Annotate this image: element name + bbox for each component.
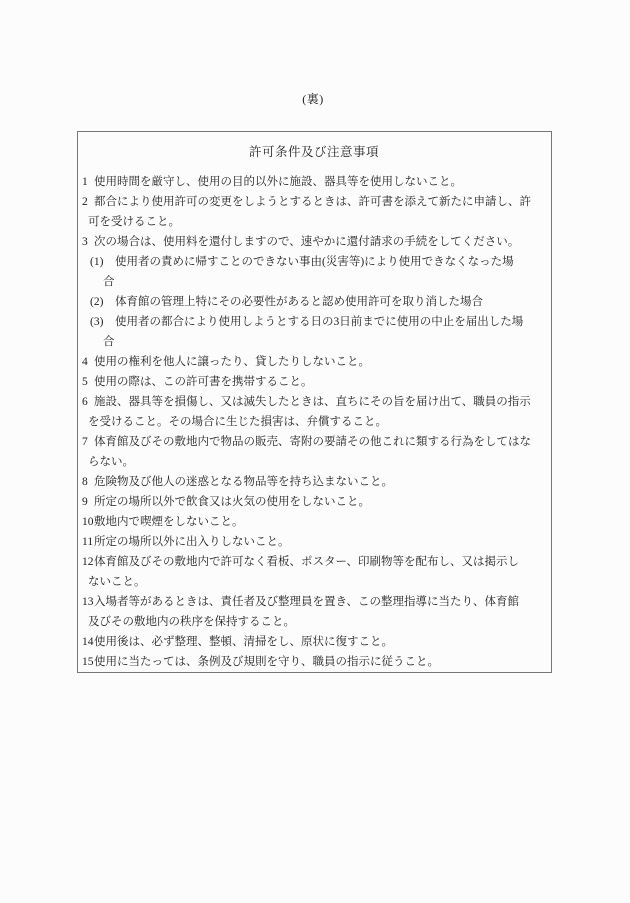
item-number: 14 (82, 632, 94, 652)
item-text: 使用後は、必ず整理、整頓、清掃をし、原状に復すこと。 (94, 636, 393, 648)
item-text: 所定の場所以外で飲食又は火気の使用をしないこと。 (94, 496, 370, 508)
condition-subitem-(1): (1)使用者の責めに帰すことのできない事由(災害等)により使用できなくなった場 … (82, 252, 546, 292)
item-number: 15 (82, 652, 94, 672)
condition-item-7: 7体育館及びその敷地内で物品の販売、寄附の要請その他これに類する行為をしてはな … (82, 432, 546, 472)
condition-item-2: 2都合により使用許可の変更をしようとするときは、許可書を添えて新たに申請し、許 … (82, 192, 546, 232)
item-number: (2) (90, 292, 115, 312)
condition-item-13: 13入場者等があるときは、責任者及び整理員を置き、この整理指導に当たり、体育館 … (82, 592, 546, 632)
item-number: 10 (82, 512, 94, 532)
item-text: 危険物及び他人の迷惑となる物品等を持ち込まないこと。 (94, 476, 393, 488)
item-number: 13 (82, 592, 94, 612)
item-text: 次の場合は、使用料を還付しますので、速やかに還付請求の手続をしてください。 (94, 236, 519, 248)
item-number: 3 (82, 232, 94, 252)
item-text: 都合により使用許可の変更をしようとするときは、許可書を添えて新たに申請し、許 可… (88, 196, 531, 228)
condition-item-11: 11所定の場所以外に出入りしないこと。 (82, 532, 546, 552)
item-number: 7 (82, 432, 94, 452)
item-text: 使用の際は、この許可書を携帯すること。 (94, 376, 313, 388)
item-number: 2 (82, 192, 94, 212)
condition-item-9: 9所定の場所以外で飲食又は火気の使用をしないこと。 (82, 492, 546, 512)
condition-item-8: 8危険物及び他人の迷惑となる物品等を持ち込まないこと。 (82, 472, 546, 492)
item-number: 1 (82, 172, 94, 192)
item-text: 敷地内で喫煙をしないこと。 (94, 516, 244, 528)
condition-item-1: 1使用時間を厳守し、使用の目的以外に施設、器具等を使用しないこと。 (82, 172, 546, 192)
item-number: 11 (82, 532, 94, 552)
item-number: 4 (82, 352, 94, 372)
item-number: (1) (90, 252, 115, 272)
condition-item-6: 6施設、器具等を損傷し、又は滅失したときは、直ちにその旨を届け出て、職員の指示 … (82, 392, 546, 432)
item-number: 5 (82, 372, 94, 392)
condition-subitem-(3): (3)使用者の都合により使用しようとする日の3日前までに使用の中止を届出した場 … (82, 312, 546, 352)
condition-item-14: 14使用後は、必ず整理、整頓、清掃をし、原状に復すこと。 (82, 632, 546, 652)
condition-subitem-(2): (2)体育館の管理上特にその必要性があると認め使用許可を取り消した場合 (82, 292, 546, 312)
item-number: 8 (82, 472, 94, 492)
item-number: 9 (82, 492, 94, 512)
item-text: 施設、器具等を損傷し、又は滅失したときは、直ちにその旨を届け出て、職員の指示 を… (88, 396, 531, 428)
item-number: 12 (82, 552, 94, 572)
conditions-list: 1使用時間を厳守し、使用の目的以外に施設、器具等を使用しないこと。2都合により使… (82, 172, 546, 672)
condition-item-15: 15使用に当たっては、条例及び規則を守り、職員の指示に従うこと。 (82, 652, 546, 672)
condition-item-4: 4使用の権利を他人に譲ったり、貸したりしないこと。 (82, 352, 546, 372)
item-text: 入場者等があるときは、責任者及び整理員を置き、この整理指導に当たり、体育館 及び… (88, 596, 519, 628)
condition-item-5: 5使用の際は、この許可書を携帯すること。 (82, 372, 546, 392)
condition-item-10: 10敷地内で喫煙をしないこと。 (82, 512, 546, 532)
item-text: 所定の場所以外に出入りしないこと。 (94, 536, 290, 548)
item-text: 体育館及びその敷地内で物品の販売、寄附の要請その他これに類する行為をしてはな ら… (88, 436, 531, 468)
item-text: 体育館の管理上特にその必要性があると認め使用許可を取り消した場合 (115, 296, 483, 308)
item-text: 使用の権利を他人に譲ったり、貸したりしないこと。 (94, 356, 370, 368)
item-text: 体育館及びその敷地内で許可なく看板、ポスター、印刷物等を配布し、又は掲示し ない… (88, 556, 519, 588)
conditions-box: 許可条件及び注意事項 1使用時間を厳守し、使用の目的以外に施設、器具等を使用しな… (77, 131, 552, 673)
condition-item-3: 3次の場合は、使用料を還付しますので、速やかに還付請求の手続をしてください。 (82, 232, 546, 252)
item-text: 使用者の責めに帰すことのできない事由(災害等)により使用できなくなった場 合 (103, 256, 514, 288)
box-title: 許可条件及び注意事項 (82, 142, 546, 162)
page-side-label: (裏) (0, 92, 626, 106)
item-text: 使用に当たっては、条例及び規則を守り、職員の指示に従うこと。 (94, 656, 439, 668)
condition-item-12: 12体育館及びその敷地内で許可なく看板、ポスター、印刷物等を配布し、又は掲示し … (82, 552, 546, 592)
item-text: 使用者の都合により使用しようとする日の3日前までに使用の中止を届出した場 合 (103, 316, 523, 348)
item-text: 使用時間を厳守し、使用の目的以外に施設、器具等を使用しないこと。 (94, 176, 462, 188)
item-number: (3) (90, 312, 115, 332)
item-number: 6 (82, 392, 94, 412)
